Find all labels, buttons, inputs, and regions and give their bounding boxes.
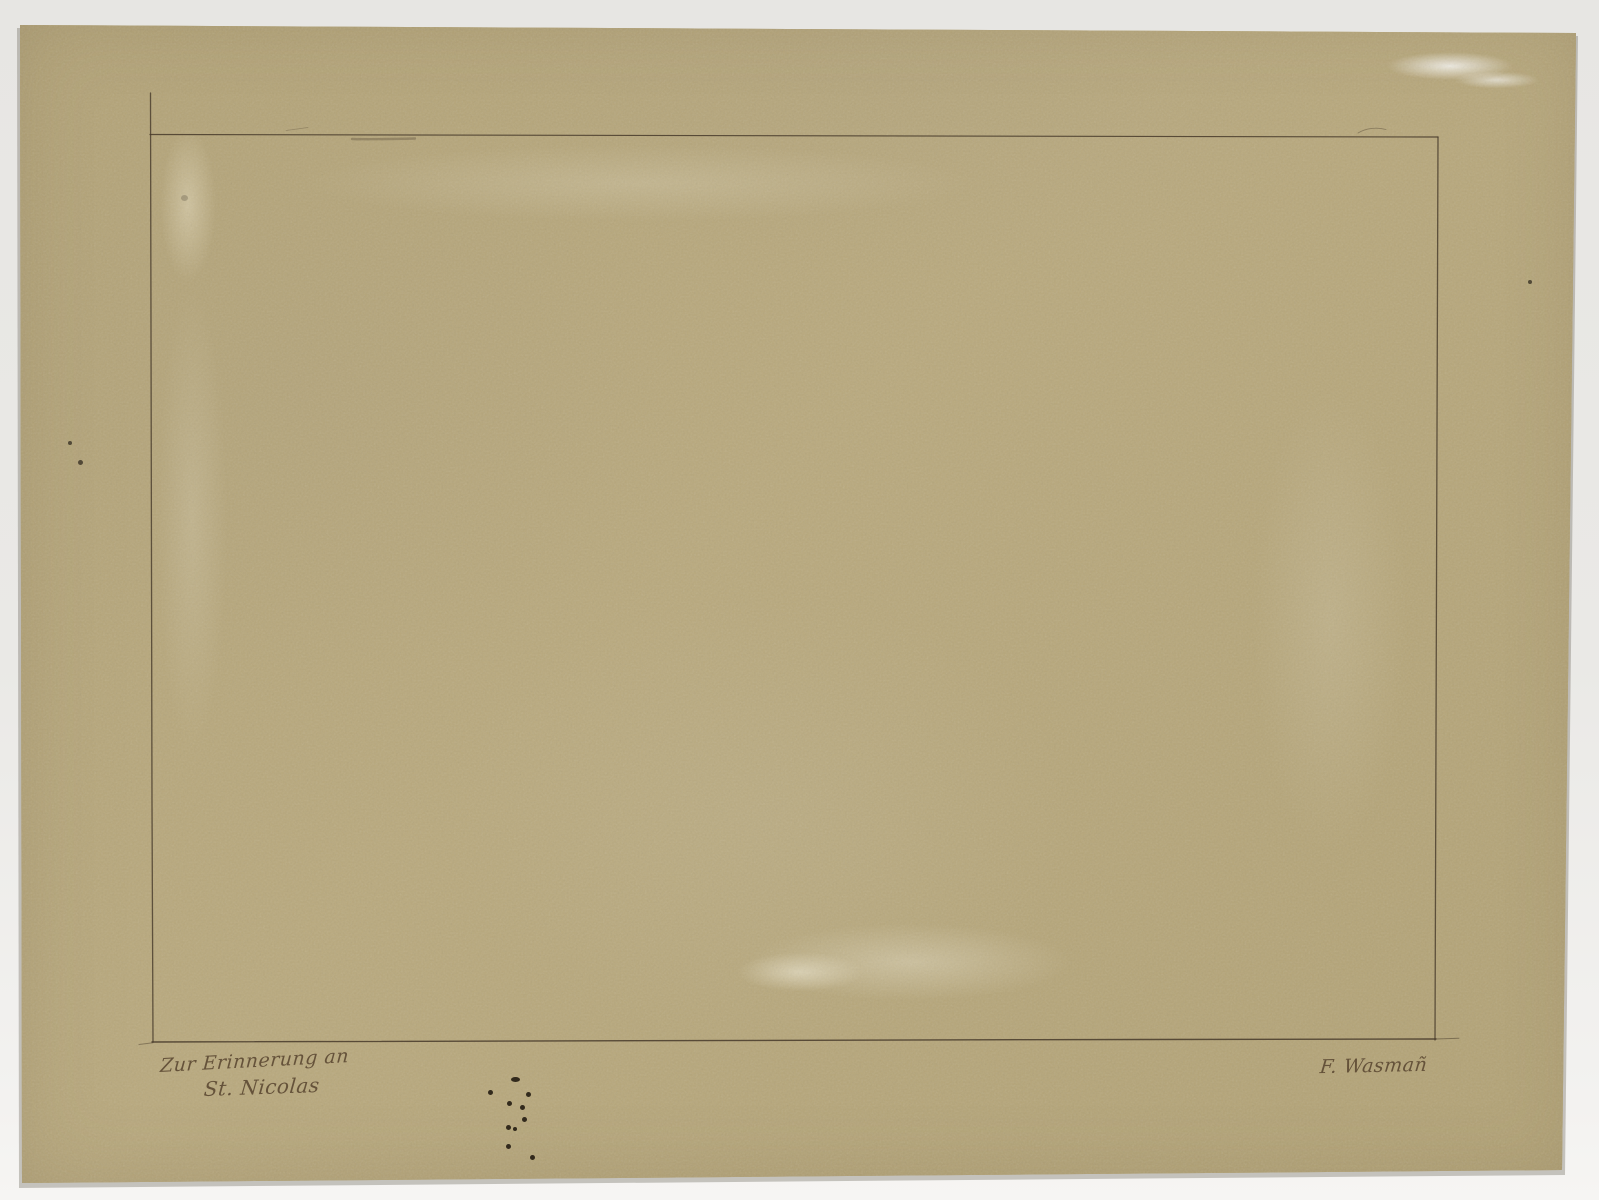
paper-sheet bbox=[0, 0, 1599, 1200]
ink-dot bbox=[506, 1144, 511, 1149]
ink-dot bbox=[530, 1155, 535, 1160]
dedication-inscription-line2: St. Nicolas bbox=[203, 1073, 321, 1101]
ink-dot bbox=[488, 1090, 493, 1095]
scanned-sheet-image: Zur Erinnerung an St. Nicolas F. Wasmañ bbox=[0, 0, 1599, 1200]
artist-signature: F. Wasmañ bbox=[1319, 1054, 1429, 1078]
ink-dot bbox=[513, 1127, 517, 1131]
ink-dot bbox=[506, 1125, 511, 1130]
ink-dot bbox=[511, 1077, 520, 1082]
ink-dot bbox=[522, 1117, 527, 1122]
speck bbox=[78, 460, 83, 465]
ink-dot bbox=[520, 1105, 525, 1110]
speck bbox=[181, 195, 188, 201]
speck bbox=[68, 441, 72, 445]
speck bbox=[1528, 280, 1532, 284]
ink-dot bbox=[526, 1092, 531, 1097]
ink-dot bbox=[507, 1101, 512, 1106]
